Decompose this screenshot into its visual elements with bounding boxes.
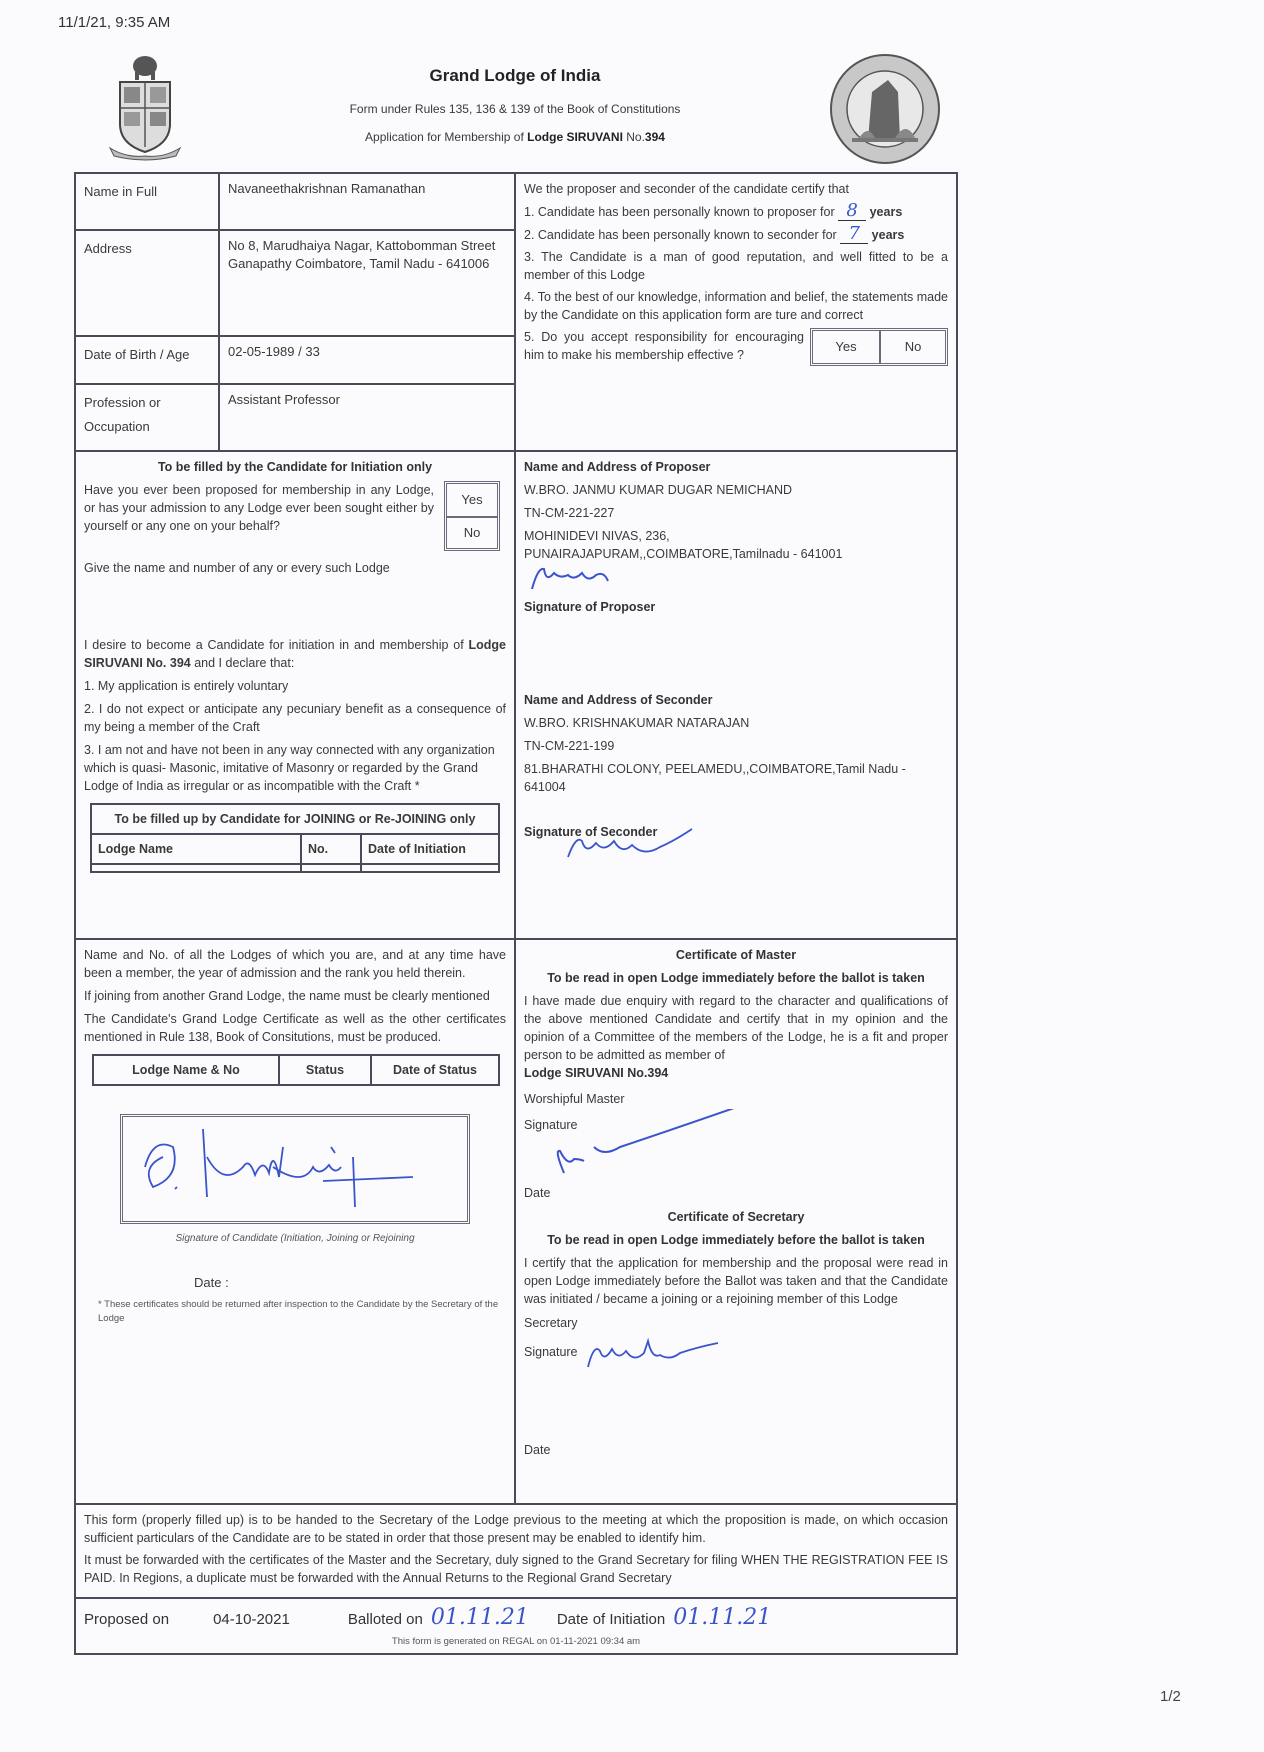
balloted-on-value[interactable]: 01.11.21 [431,1605,529,1630]
lodges-para-1: Name and No. of all the Lodges of which … [84,946,506,982]
master-cert-title: Certificate of Master [524,946,948,964]
certification-item-2: 2. Candidate has been personally known t… [524,225,948,244]
regional-grand-lodge-seal-icon [828,52,942,166]
seconder-name: W.BRO. KRISHNAKUMAR NATARAJAN [524,714,948,732]
initiation-date-value[interactable]: 01.11.21 [673,1605,771,1630]
proposer-certification: We the proposer and seconder of the cand… [516,174,956,450]
candidate-signature-caption: Signature of Candidate (Initiation, Join… [84,1230,506,1248]
certification-intro: We the proposer and seconder of the cand… [524,180,948,198]
joining-table-heading: To be filled up by Candidate for JOINING… [92,805,498,835]
form-subtitle: Form under Rules 135, 136 & 139 of the B… [250,102,780,116]
name-label: Name in Full [76,174,220,229]
proposer-address-2: PUNAIRAJAPURAM,,COIMBATORE,Tamilnadu - 6… [524,545,948,563]
lodges-table: Lodge Name & No Status Date of Status [92,1054,500,1086]
generated-note: This form is generated on REGAL on 01-11… [84,1636,948,1647]
lodge-no-label: No. [623,130,645,144]
page-number: 1/2 [1160,1688,1181,1705]
seconder-id: TN-CM-221-199 [524,737,948,755]
proposer-id: TN-CM-221-227 [524,504,948,522]
prior-proposal-yes-no: Yes No [444,481,500,551]
master-signature-icon [524,1109,784,1179]
name-field[interactable]: Navaneethakrishnan Ramanathan [220,174,514,229]
notes-para-2: It must be forwarded with the certificat… [84,1551,948,1587]
seconder-signature-icon [564,827,764,863]
joining-col-date: Date of Initiation [362,835,498,863]
proposer-signature-icon [524,563,634,593]
joining-col-lodge-name: Lodge Name [92,835,302,863]
grand-lodge-crest-icon [106,52,184,162]
application-line: Application for Membership of Lodge SIRU… [250,130,780,144]
master-cert-subtitle: To be read in open Lodge immediately bef… [524,969,948,987]
address-label: Address [76,231,220,335]
proposed-on-value: 04-10-2021 [213,1611,290,1628]
prior-proposal-question: Have you ever been proposed for membersh… [84,481,434,546]
master-cert-body: I have made due enquiry with regard to t… [524,992,948,1064]
responsibility-yes-option[interactable]: Yes [813,331,879,363]
dates-row: Proposed on 04-10-2021 Balloted on 01.11… [76,1599,956,1653]
secretary-date-label: Date [524,1441,948,1459]
lodge-number: 394 [645,130,665,144]
declaration-1: 1. My application is entirely voluntary [84,677,506,695]
master-cert-lodge: Lodge SIRUVANI No.394 [524,1064,948,1082]
candidate-signature-box[interactable] [120,1114,470,1224]
secretary-role-label: Secretary [524,1314,948,1332]
application-prefix: Application for Membership of [365,130,527,144]
lodges-col-date: Date of Status [372,1056,498,1084]
candidate-details-row: Name in FullNavaneethakrishnan Ramanatha… [76,174,956,452]
joining-col-no: No. [302,835,362,863]
certification-item-5: 5. Do you accept responsibility for enco… [524,328,804,364]
browser-print-timestamp: 11/1/21, 9:35 AM [58,14,170,31]
initiation-section: To be filled by the Candidate for Initia… [76,452,516,938]
declaration-3: 3. I am not and have not been in any way… [84,741,506,795]
secretary-cert-subtitle: To be read in open Lodge immediately bef… [524,1231,948,1249]
notes-para-1: This form (properly filled up) is to be … [84,1511,948,1547]
joining-table: To be filled up by Candidate for JOINING… [90,803,500,873]
certification-item-4: 4. To the best of our knowledge, informa… [524,288,948,324]
joining-table-empty-row[interactable] [92,863,498,871]
initiation-date-label: Date of Initiation [557,1611,665,1628]
lodges-col-status: Status [280,1056,372,1084]
dob-field[interactable]: 02-05-1989 / 33 [220,337,514,383]
seconder-address: 81.BHARATHI COLONY, PEELAMEDU,,COIMBATOR… [524,760,948,796]
proposed-on-label: Proposed on [84,1611,169,1628]
seconder-heading: Name and Address of Seconder [524,691,948,709]
page-title: Grand Lodge of India [250,66,780,86]
certificates-footnote: * These certificates should be returned … [84,1298,506,1326]
form-notes: This form (properly filled up) is to be … [76,1505,956,1597]
profession-field[interactable]: Assistant Professor [220,385,514,450]
secretary-signature-icon [578,1337,728,1371]
lodge-name: Lodge SIRUVANI [527,130,623,144]
certificates-section: Certificate of Master To be read in open… [516,940,956,1503]
prior-proposal-no-option[interactable]: No [447,516,497,548]
secretary-signature-label: Signature [524,1343,578,1361]
lodges-para-3: The Candidate's Grand Lodge Certificate … [84,1010,506,1046]
initiation-row: To be filled by the Candidate for Initia… [76,452,956,940]
proposer-years-field[interactable]: 8 [838,202,866,221]
master-date-label: Date [524,1184,948,1202]
candidate-signature-icon [123,1117,467,1221]
form-footer: Proposed on 04-10-2021 Balloted on 01.11… [76,1599,956,1653]
responsibility-no-option[interactable]: No [879,331,945,363]
responsibility-yes-no: Yes No [810,328,948,366]
proposer-signature-label: Signature of Proposer [524,598,948,616]
proposer-name: W.BRO. JANMU KUMAR DUGAR NEMICHAND [524,481,948,499]
profession-label: Profession orOccupation [76,385,220,450]
declaration-2: 2. I do not expect or anticipate any pec… [84,700,506,736]
proposer-seconder-section: Name and Address of Proposer W.BRO. JANM… [516,452,956,938]
initiation-heading: To be filled by the Candidate for Initia… [84,458,506,476]
secretary-cert-title: Certificate of Secretary [524,1208,948,1226]
address-field[interactable]: No 8, Marudhaiya Nagar, Kattobomman Stre… [220,231,514,335]
candidate-date-label: Date : [194,1274,506,1292]
balloted-on-label: Balloted on [348,1611,423,1628]
proposer-heading: Name and Address of Proposer [524,458,948,476]
prior-proposal-yes-option[interactable]: Yes [447,484,497,516]
application-form: Name in FullNavaneethakrishnan Ramanatha… [74,172,958,1655]
master-role-label: Worshipful Master [524,1090,948,1108]
lodges-certificates-row: Name and No. of all the Lodges of which … [76,940,956,1505]
candidate-info-table: Name in FullNavaneethakrishnan Ramanatha… [76,174,516,450]
secretary-cert-body: I certify that the application for membe… [524,1254,948,1308]
lodges-section: Name and No. of all the Lodges of which … [76,940,516,1503]
form-header: Grand Lodge of India Form under Rules 13… [250,66,780,144]
certification-item-3: 3. The Candidate is a man of good reputa… [524,248,948,284]
proposer-address-1: MOHINIDEVI NIVAS, 236, [524,527,948,545]
certification-item-1: 1. Candidate has been personally known t… [524,202,948,221]
notes-row: This form (properly filled up) is to be … [76,1505,956,1599]
give-lodge-name-prompt: Give the name and number of any or every… [84,559,506,577]
seconder-years-field[interactable]: 7 [840,225,868,244]
lodges-col-name: Lodge Name & No [94,1056,280,1084]
desire-declaration: I desire to become a Candidate for initi… [84,636,506,672]
lodges-para-2: If joining from another Grand Lodge, the… [84,987,506,1005]
dob-label: Date of Birth / Age [76,337,220,383]
